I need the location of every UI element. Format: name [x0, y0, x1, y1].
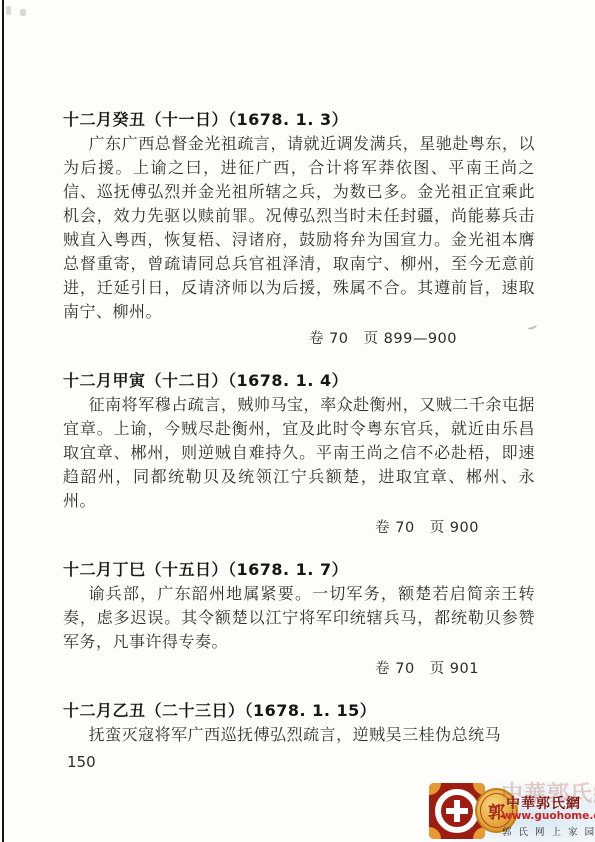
entry-section: 十二月丁巳（十五日）（1678. 1. 7） 谕兵部，广东韶州地属紧要。一切军务… — [63, 558, 535, 679]
seal-corner-ornament — [429, 827, 441, 839]
entry-heading: 十二月丁巳（十五日）（1678. 1. 7） — [63, 558, 535, 582]
seal-corner-ornament — [429, 783, 441, 795]
page-number: 150 — [63, 753, 535, 771]
scan-speck — [20, 9, 26, 16]
scanned-document-page: 十二月癸丑（十一日）（1678. 1. 3） 广东广西总督金光祖疏言，请就近调发… — [0, 0, 595, 842]
page-content: 十二月癸丑（十一日）（1678. 1. 3） 广东广西总督金光祖疏言，请就近调发… — [63, 108, 535, 771]
entry-heading: 十二月癸丑（十一日）（1678. 1. 3） — [63, 108, 535, 132]
entry-citation: 卷 70 页 899—900 — [63, 329, 457, 349]
entry-paragraph: 征南将军穆占疏言，贼帅马宝，率众赴衡州，又贼二千余屯据宜章。上谕，今贼尽赴衡州，… — [63, 393, 535, 513]
entry-section: 十二月甲寅（十二日）（1678. 1. 4） 征南将军穆占疏言，贼帅马宝，率众赴… — [63, 369, 535, 538]
entry-citation: 卷 70 页 900 — [63, 518, 479, 538]
entry-section: 十二月乙丑（二十三日）（1678. 1. 15） 抚蛮灭寇将军广西巡抚傅弘烈疏言… — [63, 699, 535, 747]
entry-heading: 十二月乙丑（二十三日）（1678. 1. 15） — [63, 699, 535, 723]
entry-paragraph: 抚蛮灭寇将军广西巡抚傅弘烈疏言，逆贼吴三桂伪总统马 — [63, 723, 535, 747]
watermark-text-block: 中華郭氏網 中華郭氏網 www.guohome.org 郭 氏 网 上 家 园 — [501, 780, 595, 842]
watermark-url: www.guohome.org — [502, 810, 595, 822]
entry-citation: 卷 70 页 901 — [63, 659, 479, 679]
scan-speck — [6, 6, 11, 15]
entry-heading: 十二月甲寅（十二日）（1678. 1. 4） — [63, 369, 535, 393]
entry-section: 十二月癸丑（十一日）（1678. 1. 3） 广东广西总督金光祖疏言，请就近调发… — [63, 108, 535, 349]
watermark-tagline: 郭 氏 网 上 家 园 — [502, 824, 595, 838]
seal-cross — [454, 800, 460, 822]
watermark: 郭 中華郭氏網 中華郭氏網 www.guohome.org 郭 氏 网 上 家 … — [427, 780, 595, 842]
entry-paragraph: 广东广西总督金光祖疏言，请就近调发满兵，星驰赴粤东，以为后援。上谕之曰，进征广西… — [63, 132, 535, 324]
scan-edge-line — [2, 0, 4, 842]
entry-paragraph: 谕兵部，广东韶州地属紧要。一切军务，额楚若启简亲王转奏，虑多迟误。其令额楚以江宁… — [63, 582, 535, 654]
